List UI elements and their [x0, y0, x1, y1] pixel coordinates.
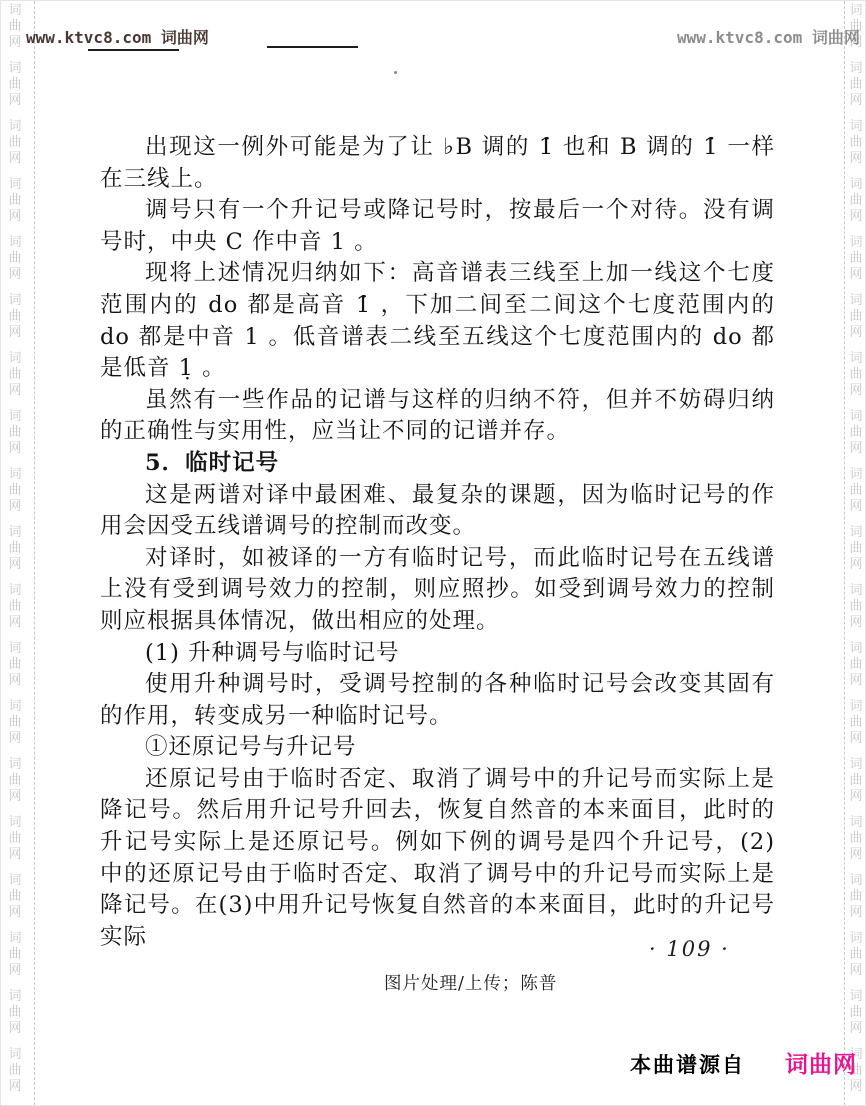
margin-watermark-group: 词曲网	[6, 61, 24, 109]
margin-watermark-group: 词曲网	[6, 293, 24, 341]
margin-watermark-group: 词曲网	[847, 641, 865, 689]
margin-watermark-group: 词曲网	[6, 467, 24, 515]
margin-watermark-group: 词曲网	[6, 699, 24, 747]
paragraph: 使用升种调号时，受调号控制的各种临时记号会改变其固有的作用，转变成另一种临时记号…	[100, 669, 775, 732]
paragraph: 还原记号由于临时否定、取消了调号中的升记号而实际上是降记号。然后用升记号升回去，…	[100, 764, 775, 954]
section-heading: (1) 升种调号与临时记号	[100, 638, 775, 670]
paragraph: 虽然有一些作品的记谱与这样的归纳不符，但并不妨碍归纳的正确性与实用性，应当让不同…	[100, 385, 775, 448]
margin-watermark-group: 词曲网	[6, 989, 24, 1037]
right-margin-watermark-column: 词曲网词曲网词曲网词曲网词曲网词曲网词曲网词曲网词曲网词曲网词曲网词曲网词曲网词…	[847, 3, 865, 1106]
margin-watermark-group: 词曲网	[847, 235, 865, 283]
paragraph: 出现这一例外可能是为了让 ♭B 调的 1̇ 也和 B 调的 1̇ 一样在三线上。	[100, 132, 775, 195]
right-margin-dashed-rule	[844, 1, 845, 1105]
source-label: 本曲谱源自	[630, 1049, 745, 1079]
margin-watermark-group: 词曲网	[6, 931, 24, 979]
left-margin-dashed-rule	[34, 1, 35, 1105]
margin-watermark-group: 词曲网	[6, 641, 24, 689]
margin-watermark-group: 词曲网	[6, 351, 24, 399]
margin-watermark-group: 词曲网	[6, 525, 24, 573]
margin-watermark-group: 词曲网	[6, 1047, 24, 1095]
margin-watermark-group: 词曲网	[847, 467, 865, 515]
upload-credit: 图片处理/上传；陈普	[384, 970, 557, 995]
margin-watermark-group: 词曲网	[847, 409, 865, 457]
margin-watermark-group: 词曲网	[847, 119, 865, 167]
margin-watermark-group: 词曲网	[6, 873, 24, 921]
margin-watermark-group: 词曲网	[6, 177, 24, 225]
section-heading: ①还原记号与升记号	[100, 732, 775, 764]
scanned-book-page: 词曲网词曲网词曲网词曲网词曲网词曲网词曲网词曲网词曲网词曲网词曲网词曲网词曲网词…	[0, 0, 866, 1106]
paragraph: 现将上述情况归纳如下：高音谱表三线至上加一线这个七度范围内的 do 都是高音 1…	[100, 258, 775, 384]
site-watermark-top-left: www.ktvc8.com 词曲网	[26, 25, 209, 48]
margin-watermark-group: 词曲网	[6, 583, 24, 631]
margin-watermark-group: 词曲网	[6, 757, 24, 805]
paragraph: 这是两谱对译中最困难、最复杂的课题，因为临时记号的作用会因受五线谱调号的控制而改…	[100, 480, 775, 543]
margin-watermark-group: 词曲网	[6, 235, 24, 283]
margin-watermark-group: 词曲网	[847, 61, 865, 109]
section-heading: 5．临时记号	[100, 448, 775, 480]
page-number: · 109 ·	[649, 937, 730, 961]
margin-watermark-group: 词曲网	[847, 525, 865, 573]
margin-watermark-group: 词曲网	[847, 699, 865, 747]
margin-watermark-group: 词曲网	[847, 583, 865, 631]
margin-watermark-group: 词曲网	[847, 931, 865, 979]
margin-watermark-group: 词曲网	[6, 119, 24, 167]
paragraph: 调号只有一个升记号或降记号时，按最后一个对待。没有调号时，中央 C 作中音 1 …	[100, 195, 775, 258]
margin-watermark-group: 词曲网	[847, 873, 865, 921]
margin-watermark-group: 词曲网	[847, 757, 865, 805]
site-watermark-top-right: www.ktvc8.com 词曲网	[677, 25, 860, 48]
scan-speck	[394, 71, 397, 74]
margin-watermark-group: 词曲网	[847, 351, 865, 399]
margin-watermark-group: 词曲网	[6, 815, 24, 863]
margin-watermark-group: 词曲网	[847, 989, 865, 1037]
left-margin-watermark-column: 词曲网词曲网词曲网词曲网词曲网词曲网词曲网词曲网词曲网词曲网词曲网词曲网词曲网词…	[6, 3, 24, 1106]
margin-watermark-group: 词曲网	[6, 409, 24, 457]
header-underline-right	[267, 46, 358, 48]
margin-watermark-group: 词曲网	[6, 3, 24, 51]
margin-watermark-group: 词曲网	[847, 815, 865, 863]
header-underline-left	[88, 49, 179, 51]
margin-watermark-group: 词曲网	[847, 177, 865, 225]
page-content: 出现这一例外可能是为了让 ♭B 调的 1̇ 也和 B 调的 1̇ 一样在三线上。…	[100, 132, 775, 953]
paragraph: 对译时，如被译的一方有临时记号，而此临时记号在五线谱上没有受到调号效力的控制，则…	[100, 543, 775, 638]
margin-watermark-group: 词曲网	[847, 293, 865, 341]
source-site-name: 词曲网	[785, 1046, 857, 1079]
